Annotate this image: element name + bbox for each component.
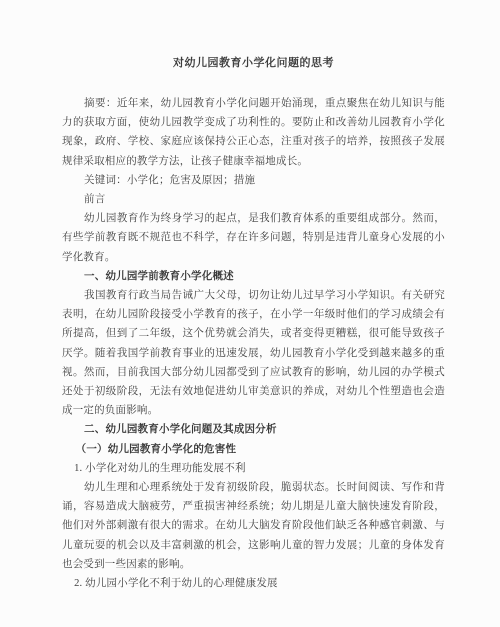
paragraph-heading: 二、幼儿园教育小学化问题及其成因分析: [62, 420, 445, 439]
paragraph-body: 幼儿园教育作为终身学习的起点，是我们教育体系的重要组成部分。然而，有些学前教育既…: [62, 209, 445, 267]
paragraph-body: 摘要：近年来，幼儿园教育小学化问题开始涌现，重点聚焦在幼儿知识与能力的获取方面，…: [62, 94, 445, 171]
paragraph-body: 关键词：小学化；危害及原因；措施: [62, 171, 445, 190]
document-title: 对幼儿园教育小学化问题的思考: [62, 54, 445, 73]
paragraph-subheading: （一）幼儿园教育小学化的危害性: [62, 440, 445, 459]
paragraph-numbered: 1. 小学化对幼儿的生理功能发展不利: [62, 459, 445, 478]
paragraph-heading: 一、幼儿园学前教育小学化概述: [62, 267, 445, 286]
paragraph-body: 前言: [62, 190, 445, 209]
paragraph-numbered: 2. 幼儿园小学化不利于幼儿的心理健康发展: [62, 574, 445, 593]
document-page: 对幼儿园教育小学化问题的思考 摘要：近年来，幼儿园教育小学化问题开始涌现，重点聚…: [0, 0, 500, 627]
paragraph-body: 幼儿生理和心理系统处于发育初级阶段，脆弱状态。长时间阅读、写作和背诵，容易造成大…: [62, 478, 445, 574]
paragraph-body: 我国教育行政当局告诫广大父母，切勿让幼儿过早学习小学知识。有关研究表明，在幼儿园…: [62, 286, 445, 420]
document-body: 摘要：近年来，幼儿园教育小学化问题开始涌现，重点聚焦在幼儿知识与能力的获取方面，…: [62, 94, 445, 593]
